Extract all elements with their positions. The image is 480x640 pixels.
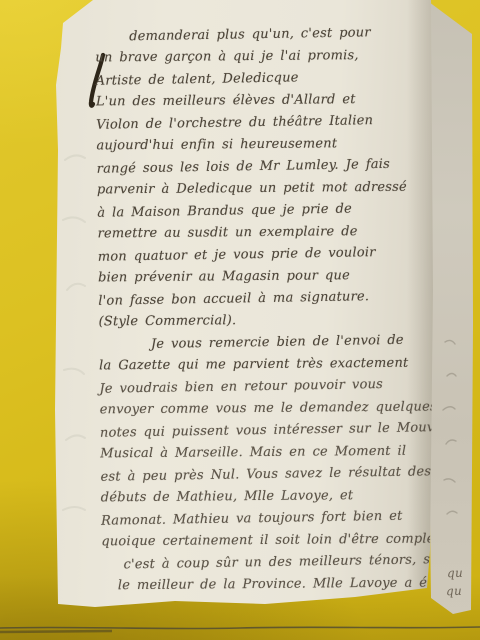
edge-ink-marks [431, 334, 465, 534]
edge-fragment-text: qu [447, 566, 463, 581]
letter-line: le meilleur de la Province. Mlle Lavoye … [118, 572, 442, 597]
pencil-line [0, 618, 480, 640]
ink-showthrough-marks [57, 140, 93, 560]
letter-photo: qu qu demanderai plus qu'un, c'est pour … [0, 0, 480, 640]
letter-body: demanderai plus qu'un, c'est pour un bra… [95, 22, 442, 598]
edge-fragment-text: qu [446, 584, 462, 599]
letter-page: demanderai plus qu'un, c'est pour un bra… [55, 0, 433, 614]
